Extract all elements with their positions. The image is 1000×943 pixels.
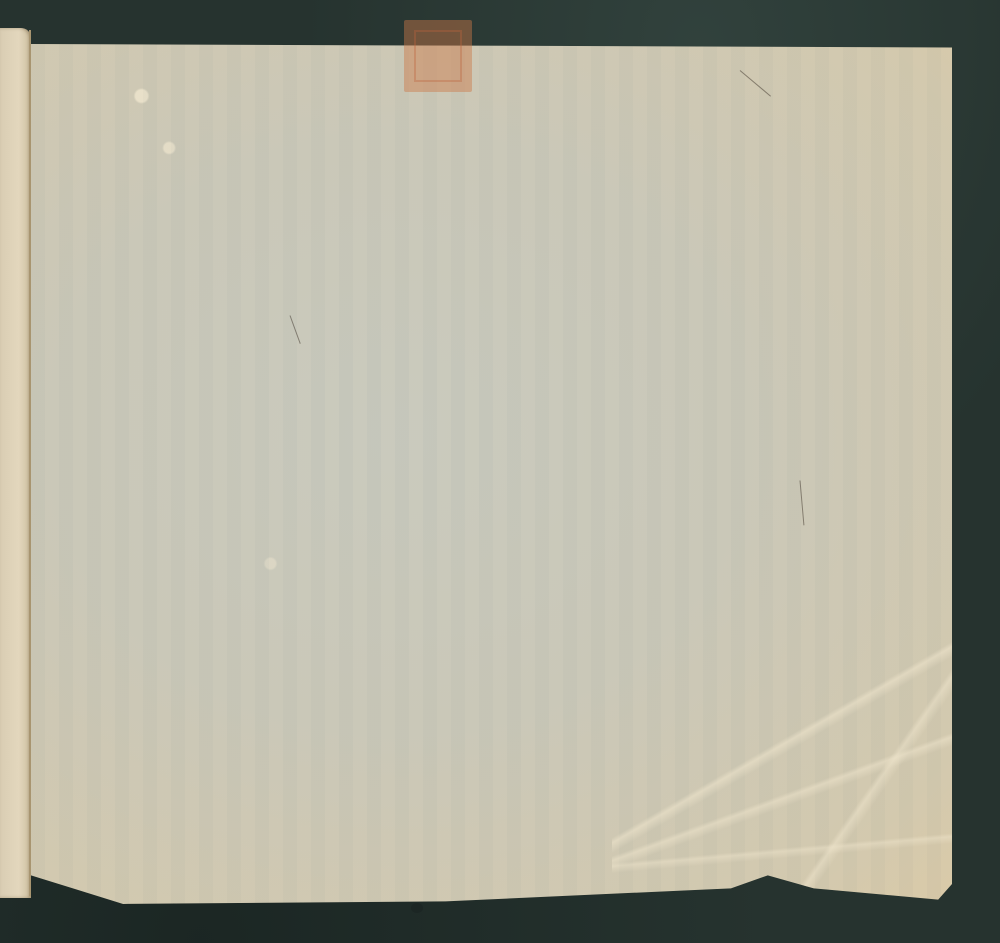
red-seal-stamp <box>404 20 472 92</box>
facing-page-edge <box>0 28 31 898</box>
binding-hole <box>411 903 423 913</box>
page-gutter <box>29 30 31 896</box>
seal-border <box>414 30 462 82</box>
paper-page <box>31 44 952 910</box>
